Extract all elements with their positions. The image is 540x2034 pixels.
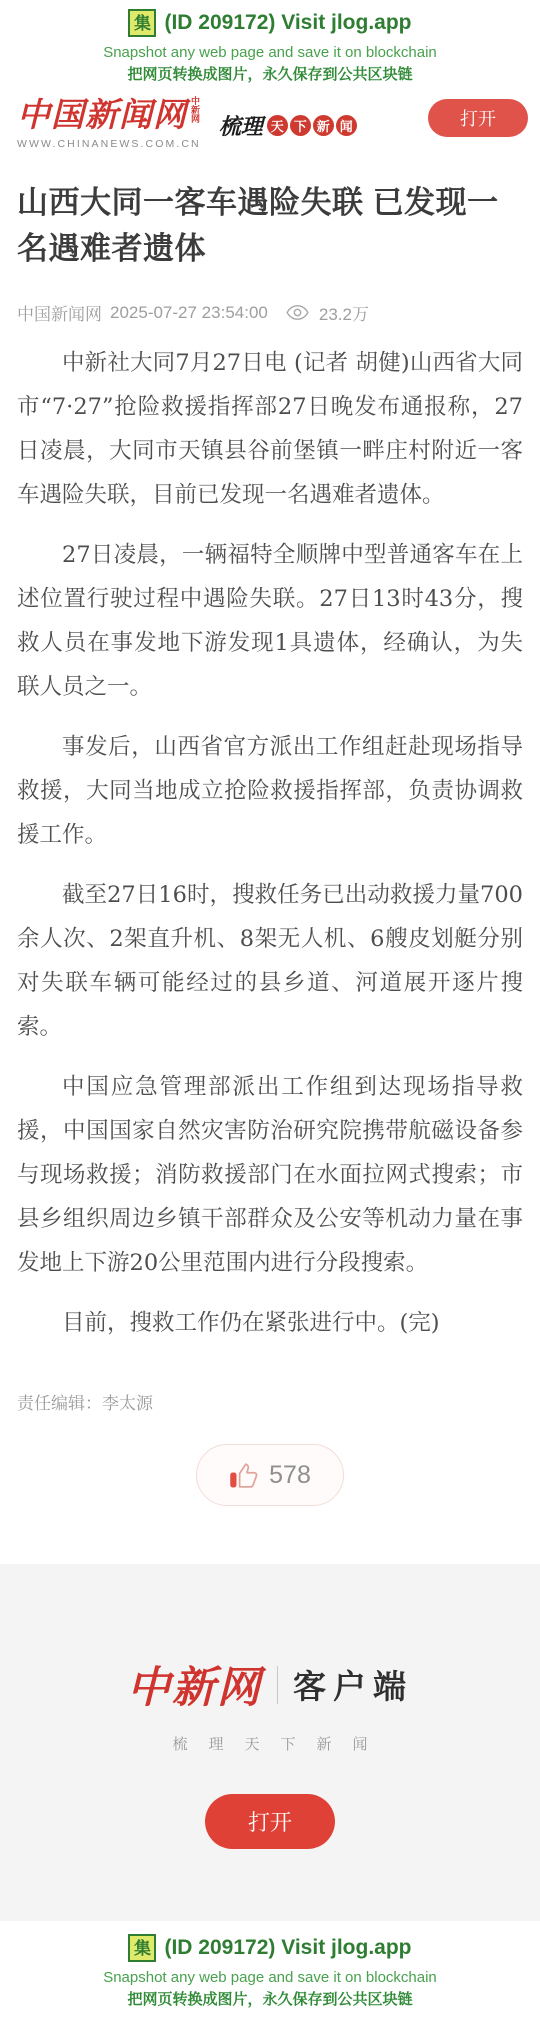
banner-title-text: (ID 209172) Visit jlog.app: [164, 11, 411, 35]
chinanews-logo-side-text: 中新网: [190, 96, 200, 130]
ji-collect-icon: 集: [128, 9, 156, 37]
header-slogan: 梳理 天下新闻: [219, 110, 357, 141]
article-paragraph: 27日凌晨，一辆福特全顺牌中型普通客车在上述位置行驶过程中遇险失联。27日13时…: [17, 533, 523, 709]
site-url: WWW.CHINANEWS.COM.CN: [17, 138, 201, 150]
article-meta: 中国新闻网 2025-07-27 23:54:00 23.2万: [17, 300, 523, 325]
article-source: 中国新闻网: [17, 300, 102, 325]
bottom-banner: 集 (ID 209172) Visit jlog.app Snapshot an…: [0, 1921, 540, 2009]
open-app-button-footer[interactable]: 打开: [205, 1794, 335, 1849]
footer-slogan: 梳理天下新闻: [0, 1733, 540, 1754]
open-app-button-top[interactable]: 打开: [428, 99, 528, 137]
article-paragraph: 中新社大同7月27日电 (记者 胡健)山西省大同市“7·27”抢险救援指挥部27…: [17, 341, 523, 517]
slogan-badge: 闻: [336, 115, 357, 136]
app-promo-footer: 中新网 客户端 梳理天下新闻 打开: [0, 1564, 540, 1921]
article-main: 山西大同一客车遇险失联 已发现一名遇难者遗体 中国新闻网 2025-07-27 …: [0, 180, 540, 1506]
article-paragraph: 目前，搜救工作仍在紧张进行中。(完): [17, 1301, 523, 1345]
footer-logo-divider: [277, 1666, 278, 1704]
banner-subtitle-zh: 把网页转换成图片，永久保存到公共区块链: [0, 1988, 540, 2009]
like-section: 578: [17, 1444, 523, 1506]
footer-client-label: 客户端: [293, 1661, 413, 1708]
view-count: 23.2万: [319, 300, 369, 325]
banner-subtitle-en: Snapshot any web page and save it on blo…: [0, 44, 540, 61]
chinanews-app-logo-text: 中新网: [127, 1654, 262, 1715]
thumbs-up-icon: [229, 1460, 259, 1490]
views-eye-icon: [286, 304, 309, 321]
editor-byline: 责任编辑：李太源: [17, 1389, 523, 1414]
banner-link[interactable]: 集 (ID 209172) Visit jlog.app: [0, 1934, 540, 1962]
slogan-badge: 天: [267, 115, 288, 136]
chinanews-logo-text: 中国新闻网: [17, 96, 187, 134]
footer-logo-row: 中新网 客户端: [0, 1654, 540, 1715]
site-logo[interactable]: 中国新闻网 中新网 WWW.CHINANEWS.COM.CN: [17, 96, 201, 150]
like-count: 578: [269, 1461, 311, 1490]
article-datetime: 2025-07-27 23:54:00: [110, 303, 268, 323]
banner-link[interactable]: 集 (ID 209172) Visit jlog.app: [0, 9, 540, 37]
header-slogan-prefix: 梳理: [219, 110, 263, 141]
top-banner: 集 (ID 209172) Visit jlog.app Snapshot an…: [0, 0, 540, 84]
slogan-badge: 新: [313, 115, 334, 136]
article-title: 山西大同一客车遇险失联 已发现一名遇难者遗体: [17, 180, 523, 272]
article-paragraph: 事发后，山西省官方派出工作组赶赴现场指导救援，大同当地成立抢险救援指挥部，负责协…: [17, 725, 523, 857]
site-header: 中国新闻网 中新网 WWW.CHINANEWS.COM.CN 梳理 天下新闻 打…: [0, 84, 540, 150]
banner-subtitle-zh: 把网页转换成图片，永久保存到公共区块链: [0, 63, 540, 84]
banner-title-text: (ID 209172) Visit jlog.app: [164, 1936, 411, 1960]
slogan-badge: 下: [290, 115, 311, 136]
article-body: 中新社大同7月27日电 (记者 胡健)山西省大同市“7·27”抢险救援指挥部27…: [17, 341, 523, 1345]
article-paragraph: 中国应急管理部派出工作组到达现场指导救援，中国国家自然灾害防治研究院携带航磁设备…: [17, 1065, 523, 1285]
banner-subtitle-en: Snapshot any web page and save it on blo…: [0, 1969, 540, 1986]
header-slogan-badges: 天下新闻: [267, 115, 357, 136]
ji-collect-icon: 集: [128, 1934, 156, 1962]
article-paragraph: 截至27日16时，搜救任务已出动救援力量700余人次、2架直升机、8架无人机、6…: [17, 873, 523, 1049]
like-button[interactable]: 578: [196, 1444, 344, 1506]
